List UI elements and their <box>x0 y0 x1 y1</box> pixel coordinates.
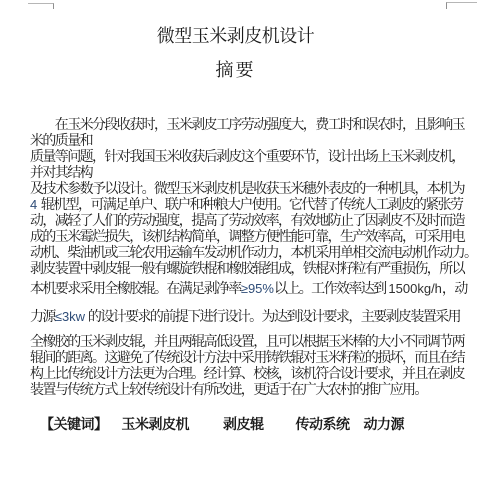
body-text: 米的质量和 <box>30 133 92 149</box>
body-line: 剥皮装置中剥皮辊一般有螺旋铁棍和橡胶辊组成，铁棍对籽粒有严重损伤，所以 <box>30 261 475 277</box>
body-text: 装置与传统方式上较传统设计有所改进，更适于在广大农村的推广应用。 <box>30 382 427 398</box>
body-line: 成的玉米霉烂损失，该机结构简单，调整方便性能可靠，生产效率高，可采用电 <box>30 229 475 245</box>
body-text: 及技术参数予以设计。微型玉米剥皮机是收获玉米穗外表皮的一种机具，本机为 <box>30 181 464 197</box>
keyword-item: 玉米剥皮机 <box>122 414 190 434</box>
body-text: ，动 <box>442 281 467 297</box>
body-line: 本机要求采用全橡胶辊。在满足剥净率≥95%以上。工作效率达到 1500kg/h，… <box>30 281 475 297</box>
body-text: 本机要求采用全橡胶辊。在满足剥净率 <box>30 281 241 297</box>
body-line: 并对其结构 <box>30 165 475 181</box>
body-text: 力源 <box>30 309 55 325</box>
margin-crop-mark-right <box>446 2 477 9</box>
keyword-item: 传动系统 <box>296 414 350 434</box>
body-line: 动，减轻了人们的劳动强度，提高了劳动效率，有效地防止了因剥皮不及时而造 <box>30 213 475 229</box>
body-text: 动机、柴油机或三轮农用运输车发动机作动力，本机采用单相交流电动机作动力。 <box>30 245 475 261</box>
body-line: 4 辊机型，可满足单户、联户和种粮大户使用。它代替了传统人工剥皮的紧张劳 <box>30 197 475 213</box>
keywords-list: 玉米剥皮机剥皮辊传动系统动力源 <box>108 417 405 433</box>
body-text: 剥皮装置中剥皮辊一般有螺旋铁棍和橡胶辊组成，铁棍对籽粒有严重损伤，所以 <box>30 261 464 277</box>
body-text: 辊机型，可满足单户、联户和种粮大户使用。它代替了传统人工剥皮的紧张劳 <box>41 197 463 213</box>
body-text: 成的玉米霉烂损失，该机结构简单，调整方便性能可靠，生产效率高，可采用电 <box>30 229 464 245</box>
body-line: 辊间的距离。这避免了传统设计方法中采用铸铁辊对玉米籽粒的损坏，而且在结 <box>30 350 475 366</box>
body-line: 动机、柴油机或三轮农用运输车发动机作动力，本机采用单相交流电动机作动力。 <box>30 245 475 261</box>
margin-crop-mark-left <box>28 3 54 9</box>
body-text: 的设计要求的前提下进行设计。为达到设计要求，主要剥皮装置采用 <box>85 309 460 325</box>
body-text: 以上。工作效率达到 <box>274 281 388 297</box>
body-text: 辊间的距离。这避免了传统设计方法中采用铸铁辊对玉米籽粒的损坏，而且在结 <box>30 350 464 366</box>
document-title: 微型玉米剥皮机设计 <box>0 26 471 48</box>
numeric-text: 4 <box>30 197 41 212</box>
numeric-text: ≤3kw <box>55 309 85 324</box>
body-text: 并对其结构 <box>30 165 92 181</box>
body-line: 力源≤3kw 的设计要求的前提下进行设计。为达到设计要求，主要剥皮装置采用 <box>30 309 475 325</box>
keyword-item: 剥皮辊 <box>223 414 264 434</box>
keywords-label: 【关键词】 <box>40 417 108 433</box>
abstract-heading: 摘要 <box>0 60 471 82</box>
body-text: 在玉米分段收获时，玉米剥皮工序劳动强度大，费工时和误农时，且影响玉 <box>30 117 464 133</box>
body-line: 及技术参数予以设计。微型玉米剥皮机是收获玉米穗外表皮的一种机具，本机为 <box>30 181 475 197</box>
keywords-line: 【关键词】玉米剥皮机剥皮辊传动系统动力源 <box>40 414 475 434</box>
keyword-item: 动力源 <box>364 414 405 434</box>
body-line: 全橡胶的玉米剥皮辊，并且两辊高低设置，且可以根据玉米棒的大小不同调节两 <box>30 334 475 350</box>
document-page: 微型玉米剥皮机设计 摘要 在玉米分段收获时，玉米剥皮工序劳动强度大，费工时和误农… <box>0 0 501 503</box>
body-line: 装置与传统方式上较传统设计有所改进，更适于在广大农村的推广应用。 <box>30 382 475 398</box>
numeric-text: ≥95% <box>241 281 274 296</box>
body-line: 米的质量和 <box>30 133 475 149</box>
body-line: 质量等问题，针对我国玉米收获后剥皮这个重要环节，设计出场上玉米剥皮机， <box>30 149 475 165</box>
body-text: 质量等问题，针对我国玉米收获后剥皮这个重要环节，设计出场上玉米剥皮机， <box>30 149 464 165</box>
body-line: 在玉米分段收获时，玉米剥皮工序劳动强度大，费工时和误农时，且影响玉 <box>30 117 475 133</box>
body-text: 构上比传统设计方法更为合理。经计算、校核，该机符合设计要求，并且在剥皮 <box>30 366 464 382</box>
numeric-text: 1500kg/h <box>388 281 442 296</box>
body-text: 全橡胶的玉米剥皮辊，并且两辊高低设置，且可以根据玉米棒的大小不同调节两 <box>30 334 464 350</box>
body-line: 构上比传统设计方法更为合理。经计算、校核，该机符合设计要求，并且在剥皮 <box>30 366 475 382</box>
body-text: 动，减轻了人们的劳动强度，提高了劳动效率，有效地防止了因剥皮不及时而造 <box>30 213 464 229</box>
abstract-body: 在玉米分段收获时，玉米剥皮工序劳动强度大，费工时和误农时，且影响玉米的质量和质量… <box>30 117 475 398</box>
